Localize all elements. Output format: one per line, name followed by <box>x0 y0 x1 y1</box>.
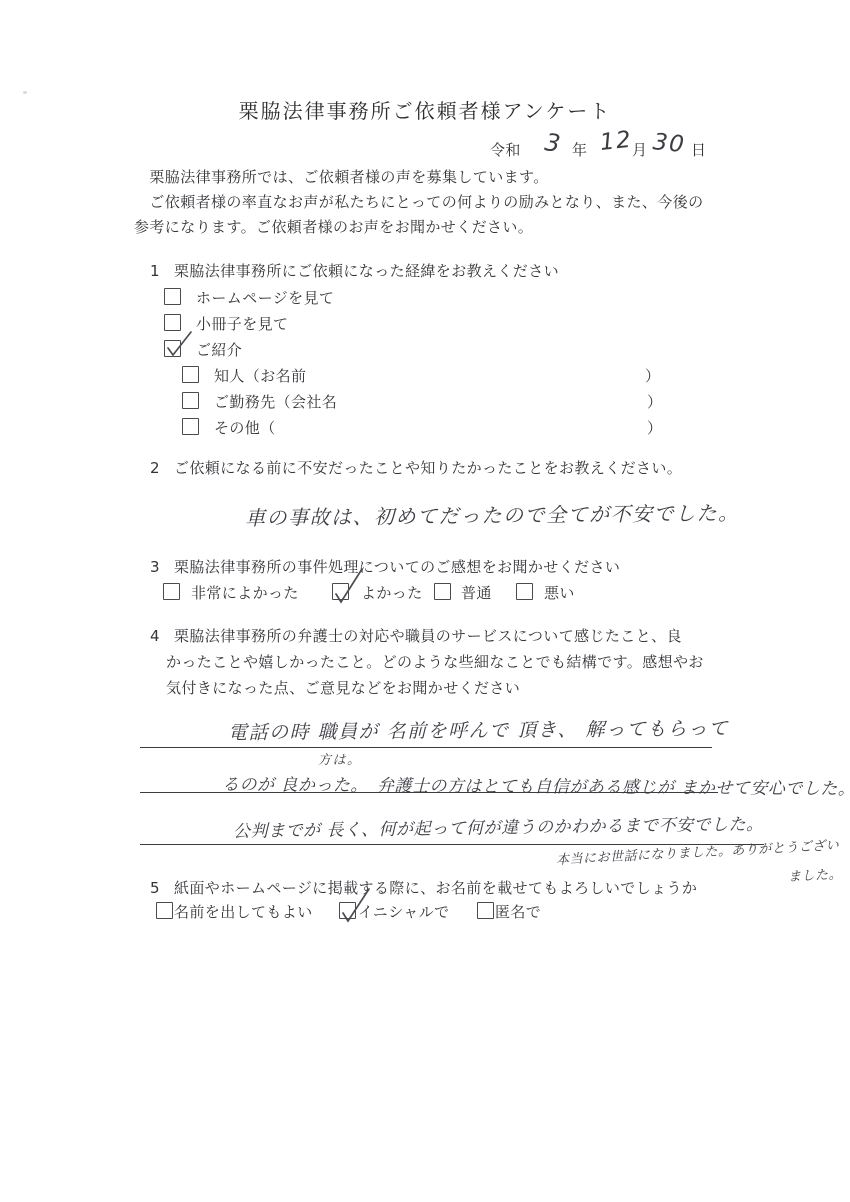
q4-number: 4 <box>150 627 174 645</box>
q3-option-verygood-label: 非常によかった <box>191 582 299 603</box>
intro-line-1: 栗脇法律事務所では、ご依頼者様の声を募集しています。 <box>134 166 549 187</box>
q5-option-initials-checkbox[interactable] <box>339 902 356 919</box>
q5-option-anonymous-checkbox[interactable] <box>477 902 494 919</box>
date-year-unit: 年 <box>572 139 587 160</box>
q2-number: 2 <box>150 459 174 477</box>
q1-option-other-checkbox[interactable] <box>182 418 199 435</box>
q1-header: 1栗脇法律事務所にご依頼になった経緯をお教えください <box>150 260 559 281</box>
q4-handwritten-line-1: 電話の時 職員が 名前を呼んで 頂き、 解ってもらって <box>228 714 729 745</box>
q1-option-referral-checkbox[interactable] <box>164 340 181 357</box>
q1-option-booklet-label: 小冊子を見て <box>196 313 288 334</box>
q3-option-normal-checkbox[interactable] <box>434 583 451 600</box>
q2-handwritten-answer: 車の事故は、初めてだったので全てが不安でした。 <box>245 497 740 531</box>
q2-question: ご依頼になる前に不安だったことや知りたかったことをお教えください。 <box>174 459 682 477</box>
q1-option-employer-label: ご勤務先（会社名 <box>214 391 337 412</box>
q3-question: 栗脇法律事務所の事件処理についてのご感想をお聞かせください <box>174 558 620 576</box>
q1-option-homepage-checkbox[interactable] <box>164 288 181 305</box>
date-year-value: 3 <box>543 128 564 158</box>
q4-thanks-line-1: 本当にお世話になりました。ありがとうござい <box>556 834 840 868</box>
q4-answer-rule-2 <box>140 792 718 793</box>
q1-option-acquaintance-paren: ） <box>645 365 660 386</box>
q4-thanks-line-2: ました。 <box>788 863 843 885</box>
page-title: 栗脇法律事務所ご依頼者様アンケート <box>0 95 850 124</box>
q5-header: 5紙面やホームページに掲載する際に、お名前を載せてもよろしいでしょうか <box>150 877 697 898</box>
q5-option-anonymous-label: 匿名で <box>495 901 541 922</box>
q3-option-good-label: よかった <box>361 582 423 603</box>
scan-speck <box>23 91 27 94</box>
q1-number: 1 <box>150 262 174 280</box>
q1-option-employer-paren: ） <box>647 391 662 412</box>
date-era: 令和 <box>490 139 521 160</box>
q3-number: 3 <box>150 558 174 576</box>
q1-option-homepage-label: ホームページを見て <box>196 287 334 308</box>
q4-answer-rule-1 <box>140 747 712 748</box>
q3-option-bad-label: 悪い <box>544 582 575 603</box>
q4-header-line-1: 4栗脇法律事務所の弁護士の対応や職員のサービスについて感じたこと、良 <box>150 625 682 646</box>
q4-question-line-1: 栗脇法律事務所の弁護士の対応や職員のサービスについて感じたこと、良 <box>174 627 682 645</box>
q5-option-realname-checkbox[interactable] <box>156 902 173 919</box>
intro-line-2: ご依頼者様の率直なお声が私たちにとっての何よりの励みとなり、また、今後の <box>134 191 704 212</box>
q1-option-other-label: その他（ <box>214 417 276 438</box>
q1-option-employer-checkbox[interactable] <box>182 392 199 409</box>
q3-option-normal-label: 普通 <box>461 582 492 603</box>
q3-option-bad-checkbox[interactable] <box>516 583 533 600</box>
q1-question: 栗脇法律事務所にご依頼になった経緯をお教えください <box>174 262 559 280</box>
q1-option-other-paren: ） <box>647 417 662 438</box>
q4-handwritten-line-2: るのが 良かった。 弁護士の方はとても自信がある感じが まかせて安心でした。 <box>222 770 850 799</box>
q1-option-acquaintance-checkbox[interactable] <box>182 366 199 383</box>
date-day-value: 30 <box>652 129 687 158</box>
q5-number: 5 <box>150 879 174 897</box>
q5-option-initials-label: イニシャルで <box>358 901 450 922</box>
q3-option-verygood-checkbox[interactable] <box>163 583 180 600</box>
q1-option-acquaintance-label: 知人（お名前 <box>214 365 306 386</box>
q4-question-line-3: 気付きになった点、ご意見などをお聞かせください <box>166 677 520 698</box>
q3-option-good-checkbox[interactable] <box>332 583 349 600</box>
q5-option-realname-label: 名前を出してもよい <box>174 901 313 922</box>
q4-question-line-2: かったことや嬉しかったこと。どのような些細なことでも結構です。感想やお <box>166 651 704 672</box>
q2-header: 2ご依頼になる前に不安だったことや知りたかったことをお教えください。 <box>150 457 682 478</box>
intro-line-3: 参考になります。ご依頼者様のお声をお聞かせください。 <box>134 216 533 237</box>
q4-handwritten-line-3: 公判までが 長く、何が起って何が違うのかわかるまで不安でした。 <box>233 810 764 842</box>
date-month-unit: 月 <box>632 139 647 160</box>
date-day-unit: 日 <box>691 139 706 160</box>
date-month-value: 12 <box>599 127 634 156</box>
q4-handwritten-insertion: 方は。 <box>318 749 362 768</box>
q5-question: 紙面やホームページに掲載する際に、お名前を載せてもよろしいでしょうか <box>174 879 697 897</box>
q3-header: 3栗脇法律事務所の事件処理についてのご感想をお聞かせください <box>150 556 620 577</box>
q1-option-referral-label: ご紹介 <box>196 339 242 360</box>
scanned-survey-page: 栗脇法律事務所ご依頼者様アンケート 令和 3 年 12 月 30 日 栗脇法律事… <box>0 0 850 1202</box>
